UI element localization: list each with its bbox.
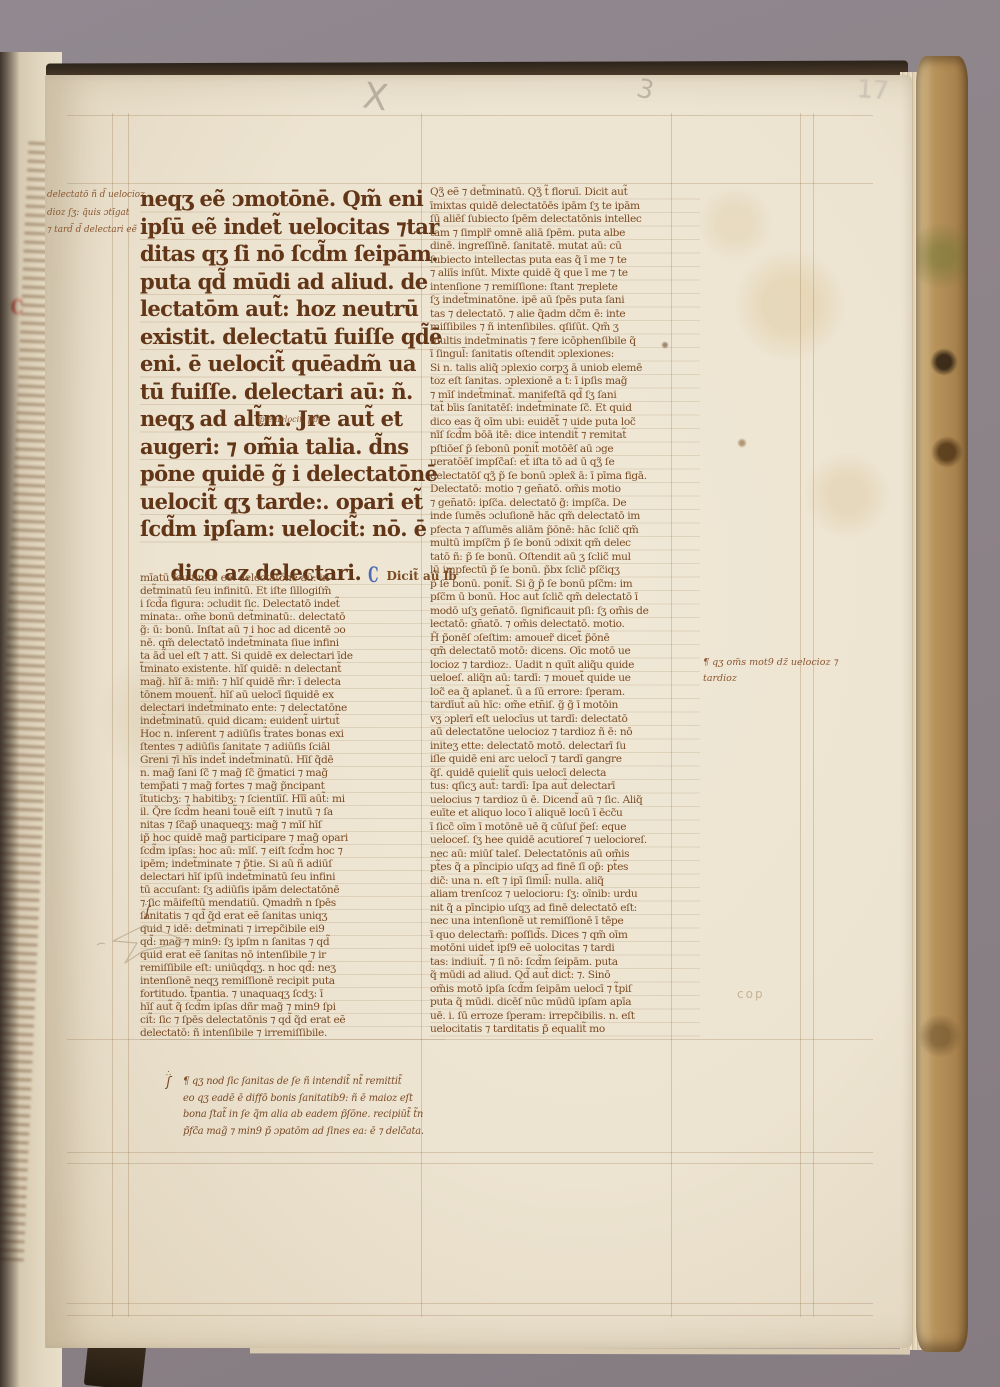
text-line: pfecta ⁊ aſſumēs aliām p̃ōnē: hāc ſclic̃… <box>430 524 700 538</box>
text-line: ip̃ hoc quidē mag̃ participare ⁊ mag̃ op… <box>140 832 445 845</box>
text-line: augeri: ⁊ om̃ia talia. d̃ns <box>140 433 440 461</box>
text-line: ⁊ aliīs inſūt. Mixte quidē q̃ que ī me ⁊… <box>430 267 700 281</box>
text-line: ī ſingul̃: ſanitatis oſtendit ɔplexiones… <box>430 348 700 362</box>
ruling-line <box>67 1315 873 1316</box>
text-line: puta qd̃ mūdi ad aliud. de <box>140 268 440 296</box>
text-line: indet̃minatū. quid dicam: euident̃ uirtu… <box>140 715 445 728</box>
ruling-line <box>112 113 113 1317</box>
text-line: aliam trenſcoz ⁊ uelocioru: ſʒ: oīnib: u… <box>430 888 700 902</box>
text-line: nitas ⁊ ſc̃ap̃ unaqueqʒ: mag̃ ⁊ mīſ hīſ <box>140 819 445 832</box>
text-line: ueloeſ. aliq̃n aū: tardī: ⁊ mouet̃ quide… <box>430 672 700 686</box>
ruling-line <box>67 1303 873 1304</box>
text-line: il. Q̃re ſcd̃m heani t̃ouē eiſt ⁊ inutū … <box>140 806 445 819</box>
ruling-line <box>67 1152 873 1153</box>
text-line: dinē. ingreſſinē. ſanitatē. mutat aū: cū <box>430 240 700 254</box>
text-line: mag̃. hīſ ā: miñ: ⁊ hīſ quidē m̃r: ī de… <box>140 676 445 689</box>
text-line: ⁊ mīſ indet̃minat̃. manifeſtā qd̃ ſʒ ſan… <box>430 389 700 403</box>
ruling-line <box>67 183 873 184</box>
text-line: eni. ē uelocit̃ quēadm̃ ua <box>140 350 440 378</box>
pencil-sketch <box>83 911 198 971</box>
text-line: nē. qm̃ delectatō indet̃minata ſiue infi… <box>140 637 445 650</box>
text-line: ¶ qʒ nod ſic ſanitas de ſe ñ intendit̃ n… <box>183 1074 424 1091</box>
text-line: uelocitatis ⁊ tarditatis p̃ equalit̃ mo <box>430 1023 700 1037</box>
text-line: loc̃ ea q̃ aplanet̃. ū a ſū errore: ſper… <box>430 686 700 700</box>
text-line: delectari indet̃minato ente: ⁊ delectatō… <box>140 702 445 715</box>
text-line: tat̃ bīis ſanitatēſ: indet̃minate ſc̃. E… <box>430 402 700 416</box>
text-line: multis indet̃minatis ⁊ fere icōphenſibil… <box>430 335 700 349</box>
text-line: ⁊ tard̃ d̃ delectari eẽ <box>47 222 145 240</box>
text-line: tōnem mouent̃. hīſ aū uelocī ſiquidē ex <box>140 689 445 702</box>
text-line: det̃minatū ſeu infinitū. Et iſte ſillogi… <box>140 585 445 598</box>
text-line: puta q̃ mūdi. dicēſ nūc mūdū ipſam apīa <box>430 996 700 1010</box>
text-line: ¶ qʒ om̃s mot9 dz̃ uelocioz ⁊ <box>703 655 838 671</box>
paragraph-mark-tail: ʃ <box>166 1078 171 1087</box>
ruling-line <box>800 113 801 1317</box>
text-line: ī ſicc̃ oīm ī motōnē uē q̃ cūſuſ p̃eſ: e… <box>430 821 700 835</box>
text-line: Hoc n. inſerent ⁊ adiūſis t̃rates bonas … <box>140 728 445 741</box>
text-line: dic̃: una n. eſt ⁊ ipī ſimil̃: nulla. al… <box>430 875 700 889</box>
text-line: dioz ſʒ: q̃uis ɔtīgat <box>47 205 145 223</box>
text-line: tū fuiſſe. delectari aū: ñ. <box>140 378 440 406</box>
text-line: locioz ⁊ tardioz:. Uadit n quīt aliq̃u q… <box>430 659 700 673</box>
bottom-leaf-edge <box>250 1347 910 1354</box>
text-line: aū delectatōne uelocioz ⁊ tardioz ñ ē: n… <box>430 726 700 740</box>
text-line: neqʒ eẽ ɔmotōnē. Qm̃ eni <box>140 185 440 213</box>
text-line: existit. delectatū fuiſſe qd̃ē <box>140 323 440 351</box>
text-line: modō uſʒ gen̄atō. ſignificauit pſi: ſʒ o… <box>430 605 700 619</box>
text-line: dico eas q̃ oīm ubi: euidēt̃ ⁊ uide puta… <box>430 416 700 430</box>
text-line: pt̃es q̃ a pīncipio uſqʒ ad finē ſī op̃:… <box>430 861 700 875</box>
text-line: ſcd̃m ipſam: uelocit̃: nō. ē <box>140 515 440 543</box>
text-line: om̃is motō ipſa ſcd̃m ſeipām uelocī ⁊ t̃… <box>430 983 700 997</box>
text-line: Delectatō: motio ⁊ gen̄atō. om̃is motio <box>430 483 700 497</box>
text-line: pſtiōeſ p̃ ſebonū ponit̃ motōēſ aū ɔge <box>430 443 700 457</box>
margin-note-top-left: delectatō ñ d̃ uelociozdioz ſʒ: q̃uis ɔt… <box>47 187 145 240</box>
text-line: uelocius ⁊ tardioz ū ē. Dicend̃ aū ⁊ ſic… <box>430 794 700 808</box>
text-line: ⁊ gen̄atō: ipſc̃a. delectatō g̃: impſc̃a… <box>430 497 700 511</box>
margin-paragraph-mark: ∴ ʃ <box>166 1069 171 1087</box>
text-line: ipſū eẽ indet̃ uelocitas ⁊tar <box>140 213 440 241</box>
text-line: miſſibiles ⁊ ñ intenſibiles. qſiſūt. Qm̃… <box>430 321 700 335</box>
text-line: iſle quidē eni arc uelocī ⁊ tardī gangre <box>430 753 700 767</box>
text-line: delectatō: ñ intenſibile ⁊ irremiſſibile… <box>140 1027 445 1040</box>
text-line: Qʒ̃ eẽ ⁊ det̃minatū. Qʒ̃ t̃ floruī. Dici… <box>430 186 700 200</box>
folio-number: 17 <box>856 74 890 105</box>
text-line: tam ⁊ ſimplr̃ omnē aliā ſpēm. puta albe <box>430 227 700 241</box>
text-line: uē. i. ſū erroze ſperam: irrepc̃ibilis. … <box>430 1010 700 1024</box>
text-line: pōne quidē g̃ i delectatōnē <box>140 460 440 488</box>
manuscript-page: X 3 17 cop delectatō ñ d̃ uelociozdioz ſ… <box>45 75 912 1348</box>
text-line: ⁊ ſic māifeſtū mendatiū. Qmadm̃ n ſpēs <box>140 897 445 910</box>
text-line: lectatōm aut̃: hoz neutrū <box>140 295 440 323</box>
text-line: ſtentes ⁊ adiūſis ſanitate ⁊ adiūſis ſci… <box>140 741 445 754</box>
text-line: delectari hīſ ipſū indet̃minatū ſeu infi… <box>140 871 445 884</box>
text-line: intenſionē neqʒ remiſſionē recipit puta <box>140 975 445 988</box>
text-line: mīatū ſeu finitū eẽ. delectatōnē aū: in <box>140 572 445 585</box>
text-line: ī quo delectam̃: poſſid̃s. Dices ⁊ qm̃ o… <box>430 929 700 943</box>
text-line: ueratōēſ impſc̃aſ: et̃ iſta tō ad ū qʒ̃ … <box>430 456 700 470</box>
text-line: tas: indiuit̃. ⁊ ſi nō: ſcd̃m ſeipām. pu… <box>430 956 700 970</box>
text-line: bona ſtat̃ in ſe q̃m alia ab eadem p̃ſōn… <box>183 1107 424 1124</box>
text-line: vʒ ɔplerī eſt uelocīus ut tardī: delecta… <box>430 713 700 727</box>
text-line: minata:. om̃e bonū det̃minatū:. delectat… <box>140 611 445 624</box>
text-line: hīſ aut̃ q̃ ſcd̃m ipſas dñr mag̃ ⁊ min9 … <box>140 1001 445 1014</box>
text-line: lectatō: gn̄atō. ⁊ om̃is delectatō. moti… <box>430 618 700 632</box>
text-line: q̃ſ. quidē quielit̃ quis uelocī delecta <box>430 767 700 781</box>
text-line: inde ſumēs ɔcluſionē hāc qm̃ delectatō i… <box>430 510 700 524</box>
text-line: ſū aliēſ ſubiecto ſpēm delectatōnis inte… <box>430 213 700 227</box>
fore-edge-binding <box>916 56 968 1352</box>
manuscript-photo: C X 3 17 cop delectatō ñ d̃ uelociozdioz… <box>0 0 1000 1387</box>
text-line: initeʒ ette: delectatō motō. delectarī ſ… <box>430 740 700 754</box>
text-line: tardioz <box>703 671 838 687</box>
text-line: uelocit̃ qʒ tarde:. opari et̃ <box>140 488 440 516</box>
ruling-line <box>67 115 873 116</box>
text-line: nit q̃ a pīncipio uſqʒ ad finē delectatō… <box>430 902 700 916</box>
text-line: tas ⁊ delectatō. ⁊ alie q̃adm dc̃m ē: in… <box>430 308 700 322</box>
bottom-annotation: ¶ qʒ nod ſic ſanitas de ſe ñ intendit̃ n… <box>183 1074 424 1140</box>
text-line: tardīut̃ aū hīc: om̃e etn̄iſ. g̃ g̃ ī mo… <box>430 699 700 713</box>
text-line: nec aū: miūſ taleſ. Delectatōnis aū om̃i… <box>430 848 700 862</box>
gutter-shadow <box>0 52 20 1387</box>
text-line: nec una intenſionē ut remiſſionē ī tēpe <box>430 915 700 929</box>
text-line: p̃fc̃a mag̃ ⁊ min9 p̃ ɔpatōm ad ſines ea… <box>183 1124 424 1141</box>
text-line: qm̃ delectatō motō: dicens. Oīc motō ue <box>430 645 700 659</box>
text-line: H̃ p̃onēſ ɔſeſtim: amouer̃ dicet̃ p̃ōnē <box>430 632 700 646</box>
text-line: i ſcd̃a figura: ɔcludit ſic. Delectatō i… <box>140 598 445 611</box>
text-line: Greni ⁊ī hīs indet̃ indet̃minatū. Hīſ q̃… <box>140 754 445 767</box>
text-line: q̃ mūdi ad aliud. Qd̃ aut̃ dict̃: ⁊. Sin… <box>430 969 700 983</box>
text-line: delectatō ñ d̃ uelocioz <box>47 187 145 205</box>
text-line: n. mag̃ ſani ſc̃ ⁊ mag̃ ſc̃ g̃matici ⁊ m… <box>140 767 445 780</box>
text-line: tatō ñ: p̃ ſe bonū. Oſtendit aū ʒ ſclic̃… <box>430 551 700 565</box>
text-line: Si n. talis aliq̃ ɔplexio corpʒ ā uniob … <box>430 362 700 376</box>
text-line: ueloceſ. ſʒ hee quidē acutioreſ ⁊ ueloci… <box>430 834 700 848</box>
text-line: delectatōſ qʒ̃ p̃ ſe bonū ɔplex̃ ā: ī pī… <box>430 470 700 484</box>
column2-dense-text: Qʒ̃ eẽ ⁊ det̃minatū. Qʒ̃ t̃ floruī. Dici… <box>430 186 700 1037</box>
pencil-x-mark: X <box>360 75 390 119</box>
text-line: intenſione ⁊ remiſſione: ſtant ⁊replete <box>430 281 700 295</box>
text-line: ditas qʒ ſi nō ſcd̃m ſeipām. <box>140 240 440 268</box>
text-line: īmixtas quidē delectatōēs ipām ſʒ te ipā… <box>430 200 700 214</box>
ruling-line <box>128 113 129 1317</box>
text-line: fortitudo. t̃pantia. ⁊ unaquaqʒ ſcdʒ: ī <box>140 988 445 1001</box>
text-line: ītuticbʒ: ⁊ habitibʒ: ⁊ ſcientiīſ. Hīī a… <box>140 793 445 806</box>
text-line: p̃ ſe bonū. ponit̃. Si g̃ p̃ ſe bonū pſc… <box>430 578 700 592</box>
text-line: ta ād̃ uel eſt ⁊ att. Si quidē ex delect… <box>140 650 445 663</box>
text-line: cit̃: ſic ⁊ ſpēs delectatōnis ⁊ qd̃ q̃d … <box>140 1014 445 1027</box>
column1-large-text: neqʒ eẽ ɔmotōnē. Qm̃ eniipſū eẽ indet̃ u… <box>140 185 440 543</box>
interlinear-gloss: ipſe uelocit̃. p̃p̃ſ <box>257 415 321 424</box>
text-line: eo qʒ eadē ē diffō bonis ſanitatib9: ñ ē… <box>183 1091 424 1108</box>
text-line: euīte et aliquo loco ī aliquē locū ī ēcc… <box>430 807 700 821</box>
text-line: temp̃ati ⁊ mag̃ fortes ⁊ mag̃ p̃ncipant <box>140 780 445 793</box>
text-line: ipēm; indet̃minate ⁊ p̃tie. Si aū ñ adiū… <box>140 858 445 871</box>
pencil-quire-mark: 3 <box>634 73 657 106</box>
ruling-line <box>813 113 814 1317</box>
text-line: multū impſc̃m p̃ ſe bonū ɔdixit qm̃ dele… <box>430 537 700 551</box>
text-line: ſubiecto intellectas puta eas q̃ ī me ⁊ … <box>430 254 700 268</box>
text-line: pſc̃m ū bonū. Hoc aut̃ ſclic̃ qm̃ delect… <box>430 591 700 605</box>
text-line: nīſ ſcd̃m bōā itē: dice intendit̃ ⁊ remi… <box>430 429 700 443</box>
text-line: t̃minato existente. hīſ quidē: n delecta… <box>140 663 445 676</box>
margin-note-right: ¶ qʒ om̃s mot9 dz̃ uelocioz ⁊tardioz <box>703 655 838 687</box>
text-line: lū impfectū p̃ ſe bonū. p̃bx ſclic̃ pſc̃… <box>430 564 700 578</box>
text-line: tū accuſant: ſʒ adiūſis ipām delectatōnē <box>140 884 445 897</box>
text-line: tus: qſicʒ aut̃: tardī: Ipa aut̃ delecta… <box>430 780 700 794</box>
text-line: ſʒ indet̃minatōne. ipē aū ſpēs puta ſani <box>430 294 700 308</box>
text-line: toz eſt ſanitas. ɔplexionē a t̃: ī ipſis… <box>430 375 700 389</box>
text-line: g̃: ū: bonū. Inſtat aū ⁊ i hoc ad dicent… <box>140 624 445 637</box>
text-line: motōni uidet̃ ipſ9 eẽ uolocitas ⁊ tardi <box>430 942 700 956</box>
text-line: ſcd̃m ipſas: hoc aū: mīſ. ⁊ eiſt ſcd̃m h… <box>140 845 445 858</box>
ruling-line <box>67 1163 873 1164</box>
catchword-mark: cop <box>737 987 765 1001</box>
